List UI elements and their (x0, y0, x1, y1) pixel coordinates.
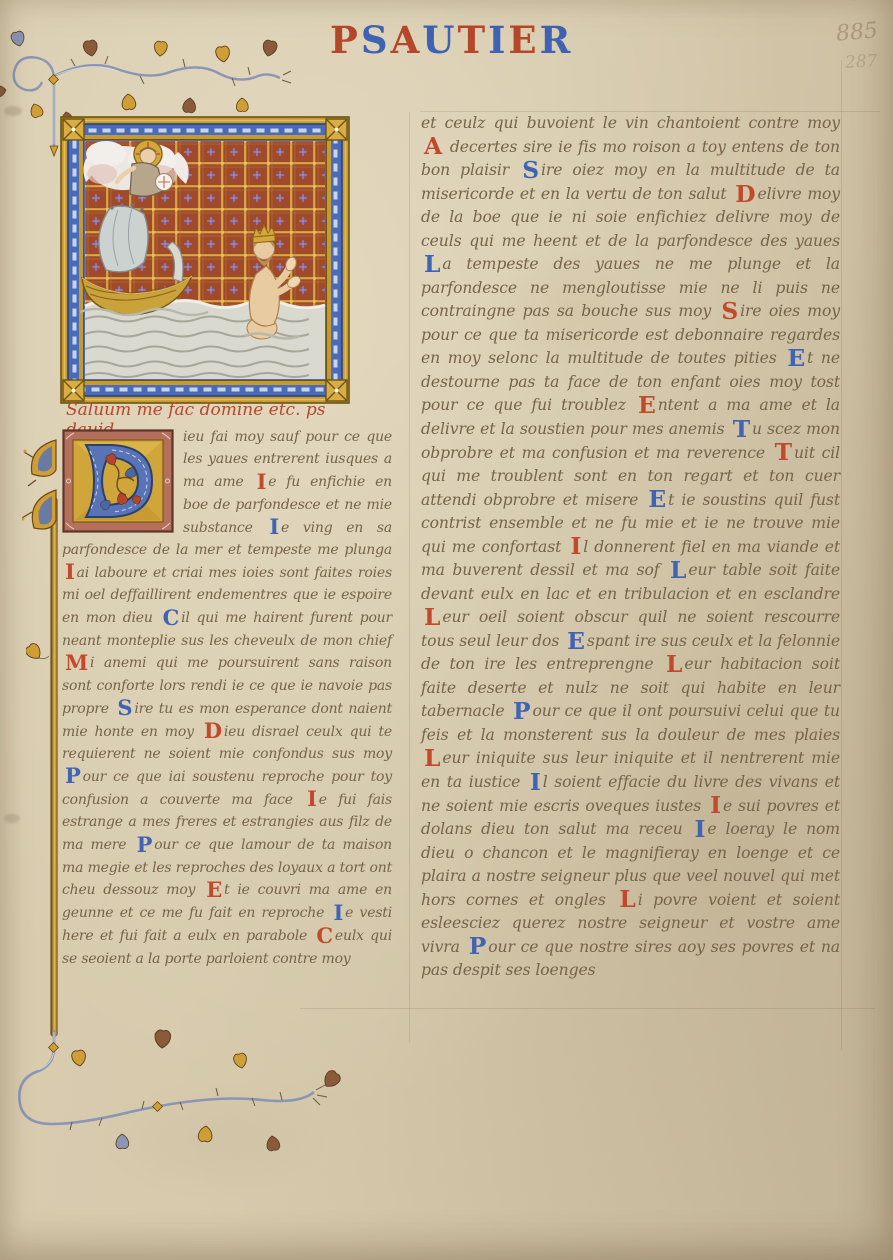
left-column: ieu fai moy sauf pour ce que les yaues e… (62, 426, 392, 970)
folio-number-bottom: 287 (844, 51, 877, 73)
verse-initial: P (510, 697, 533, 725)
verse-initial: I (254, 469, 269, 494)
verse-initial: I (304, 786, 319, 811)
verse-initial: P (134, 832, 155, 857)
verse-initial: E (564, 627, 587, 655)
title-letter: S (361, 18, 391, 62)
title-letter: T (458, 18, 489, 62)
verse-initial: I (707, 791, 723, 819)
page-title: PSAUTIER (330, 22, 573, 59)
verse-initial: I (692, 815, 708, 843)
verse-initial: L (616, 885, 637, 913)
verse-initial: E (635, 391, 658, 419)
verse-initial: S (114, 695, 134, 720)
verse-initial: M (62, 650, 90, 675)
title-letter: I (488, 18, 508, 62)
right-column: et ceulz qui buvoient le vin chantoient … (421, 112, 840, 983)
verse-initial: D (201, 718, 224, 743)
right-column-text: et ceulz qui buvoient le vin chantoient … (421, 114, 840, 979)
column-ruling-line (409, 112, 410, 1042)
verse-initial: C (160, 605, 182, 630)
title-letter: E (508, 18, 539, 62)
title-letter: P (330, 18, 361, 62)
verse-initial: C (313, 923, 335, 948)
verse-initial: I (330, 900, 345, 925)
verse-initial: E (784, 344, 807, 372)
verse-initial: S (519, 156, 541, 184)
verse-initial: S (718, 297, 740, 325)
verse-initial: E (645, 485, 668, 513)
verse-initial: E (203, 877, 224, 902)
margin-leaf (26, 638, 52, 664)
verse-initial: P (466, 932, 489, 960)
verse-initial: L (421, 744, 442, 772)
verse-initial: I (567, 532, 583, 560)
manuscript-page: PSAUTIER 885 287 (0, 0, 893, 1260)
margin-mark (4, 814, 20, 823)
verse-initial: T (730, 415, 752, 443)
verse-initial: L (421, 250, 442, 278)
verse-initial: L (421, 603, 442, 631)
verse-initial: T (772, 438, 794, 466)
bottom-ivy-vine-border (10, 1008, 380, 1158)
bottom-ruling-line (300, 1008, 875, 1009)
title-letter: A (391, 18, 423, 62)
verse-initial: I (527, 768, 543, 796)
title-letter: R (540, 18, 574, 62)
verse-initial: L (663, 650, 684, 678)
decorated-initial-D (62, 429, 174, 533)
miniature (60, 116, 350, 404)
verse-initial: L (667, 556, 688, 584)
verse-initial: P (62, 763, 83, 788)
folio-number-top: 885 (835, 18, 879, 47)
furled-sail (99, 206, 148, 272)
margin-ruling-line (841, 60, 842, 1050)
verse-initial: I (62, 559, 77, 584)
title-letter: U (422, 18, 457, 62)
verse-initial: A (421, 132, 444, 160)
verse-initial: D (732, 180, 757, 208)
verse-initial: I (266, 514, 281, 539)
initial-flourish (22, 432, 58, 582)
